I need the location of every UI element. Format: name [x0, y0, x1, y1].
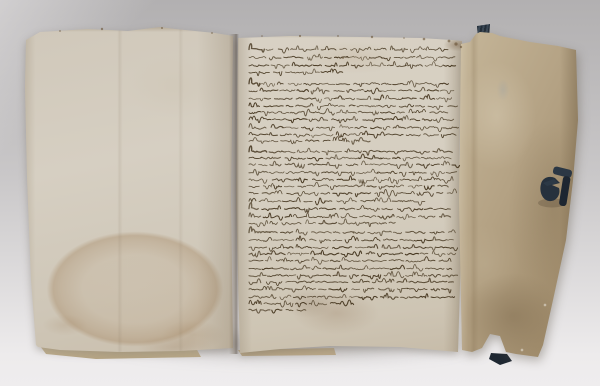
manuscript-photograph — [0, 0, 600, 386]
gutter-shadow — [229, 34, 239, 354]
cover-flap — [455, 24, 580, 364]
right-page — [236, 33, 464, 355]
ribbon-tab-top — [475, 23, 493, 40]
left-page — [25, 27, 235, 360]
